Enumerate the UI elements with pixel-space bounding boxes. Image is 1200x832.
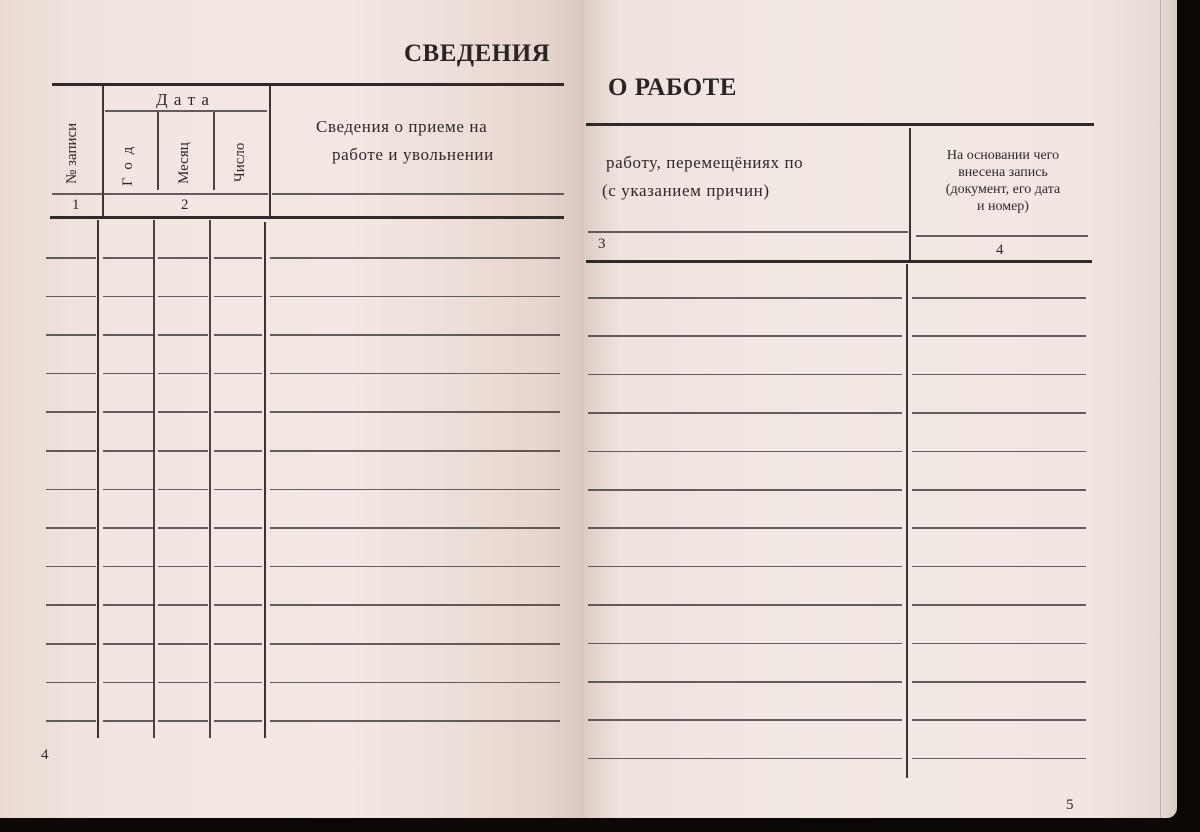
table-row-rule bbox=[912, 604, 1086, 606]
table-row-rule bbox=[214, 527, 262, 529]
basis-header-line2: внесена запись bbox=[914, 164, 1092, 181]
table-row-rule bbox=[158, 643, 208, 645]
table-row-rule bbox=[912, 527, 1086, 529]
info-header-line3: работу, перемещёниях по bbox=[606, 153, 803, 173]
table-row-rule bbox=[588, 335, 902, 337]
table-row-rule bbox=[158, 411, 208, 413]
table-row-rule bbox=[103, 411, 153, 413]
header-top-rule bbox=[52, 83, 564, 86]
table-row-rule bbox=[912, 489, 1086, 491]
table-row-rule bbox=[158, 527, 208, 529]
table-row-rule bbox=[103, 334, 153, 336]
column-number-4: 4 bbox=[996, 242, 1004, 259]
table-row-rule bbox=[158, 682, 208, 684]
date-header-rule bbox=[105, 110, 267, 112]
table-row-rule bbox=[912, 412, 1086, 414]
table-row-rule bbox=[46, 373, 96, 375]
table-row-rule bbox=[214, 411, 262, 413]
right-page-title: О РАБОТЕ bbox=[608, 74, 737, 102]
year-header: Г о д bbox=[120, 145, 137, 186]
right-col-divider bbox=[909, 128, 911, 260]
table-row-rule bbox=[588, 681, 902, 683]
table-row-rule bbox=[912, 643, 1086, 645]
table-row-rule bbox=[912, 566, 1086, 568]
table-row-rule bbox=[912, 719, 1086, 721]
column-number-3: 3 bbox=[598, 236, 606, 253]
table-row-rule bbox=[103, 373, 153, 375]
table-row-rule bbox=[270, 373, 560, 375]
table-row-rule bbox=[214, 450, 262, 452]
table-row-rule bbox=[103, 450, 153, 452]
table-row-rule bbox=[103, 720, 153, 722]
table-row-rule bbox=[912, 297, 1086, 299]
table-row-rule bbox=[270, 257, 560, 259]
table-row-rule bbox=[588, 643, 902, 645]
table-row-rule bbox=[214, 296, 262, 298]
column-number-1: 1 bbox=[72, 197, 80, 214]
page-number-right: 5 bbox=[1066, 797, 1074, 814]
colnum-rule-info bbox=[272, 193, 564, 195]
table-row-rule bbox=[588, 758, 902, 760]
info-header-line1: Сведения о приеме на bbox=[316, 117, 487, 137]
right-colnum-rule-info bbox=[588, 231, 908, 233]
day-header: Число bbox=[232, 143, 249, 182]
table-row-rule bbox=[588, 412, 902, 414]
table-row-rule bbox=[588, 604, 902, 606]
table-row-rule bbox=[158, 373, 208, 375]
colnum-rule-left bbox=[52, 193, 268, 195]
basis-header-line1: На основании чего bbox=[914, 147, 1092, 164]
body-col-divider-1 bbox=[97, 220, 99, 738]
table-row-rule bbox=[912, 451, 1086, 453]
table-row-rule bbox=[46, 334, 96, 336]
table-row-rule bbox=[270, 411, 560, 413]
table-row-rule bbox=[270, 720, 560, 722]
date-subdivider-1 bbox=[157, 112, 159, 190]
table-row-rule bbox=[103, 643, 153, 645]
table-row-rule bbox=[270, 450, 560, 452]
column-number-2: 2 bbox=[181, 197, 189, 214]
table-row-rule bbox=[158, 296, 208, 298]
table-row-rule bbox=[46, 257, 96, 259]
table-row-rule bbox=[588, 719, 902, 721]
right-colnum-rule-basis bbox=[916, 235, 1088, 237]
table-row-rule bbox=[103, 566, 153, 568]
page-edge bbox=[1160, 0, 1177, 818]
table-row-rule bbox=[588, 297, 902, 299]
month-header: Месяц bbox=[176, 142, 193, 184]
date-subdivider-2 bbox=[213, 112, 215, 190]
table-row-rule bbox=[158, 720, 208, 722]
table-row-rule bbox=[158, 489, 208, 491]
table-row-rule bbox=[214, 682, 262, 684]
page-number-left: 4 bbox=[41, 747, 49, 764]
table-row-rule bbox=[214, 373, 262, 375]
table-row-rule bbox=[158, 334, 208, 336]
table-row-rule bbox=[214, 334, 262, 336]
table-row-rule bbox=[46, 720, 96, 722]
table-row-rule bbox=[103, 296, 153, 298]
table-row-rule bbox=[103, 527, 153, 529]
table-row-rule bbox=[46, 296, 96, 298]
table-row-rule bbox=[270, 643, 560, 645]
table-row-rule bbox=[158, 257, 208, 259]
right-header-bottom-rule bbox=[586, 260, 1092, 263]
info-header-line2: работе и увольнении bbox=[332, 145, 494, 165]
table-row-rule bbox=[912, 681, 1086, 683]
table-row-rule bbox=[158, 604, 208, 606]
basis-header-line3: (документ, его дата bbox=[914, 181, 1092, 198]
left-page-title: СВЕДЕНИЯ bbox=[404, 40, 550, 68]
table-row-rule bbox=[912, 758, 1086, 760]
table-row-rule bbox=[214, 257, 262, 259]
record-no-header: № записи bbox=[64, 123, 81, 184]
table-row-rule bbox=[270, 682, 560, 684]
date-header: Д а т а bbox=[156, 90, 210, 110]
table-row-rule bbox=[270, 604, 560, 606]
table-row-rule bbox=[912, 374, 1086, 376]
table-row-rule bbox=[214, 720, 262, 722]
info-header-line4: (с указанием причин) bbox=[602, 181, 770, 201]
table-row-rule bbox=[588, 451, 902, 453]
table-row-rule bbox=[46, 527, 96, 529]
body-col-divider-2 bbox=[153, 220, 155, 738]
table-row-rule bbox=[46, 604, 96, 606]
table-row-rule bbox=[270, 566, 560, 568]
table-row-rule bbox=[588, 566, 902, 568]
table-row-rule bbox=[214, 489, 262, 491]
body-col-divider-4 bbox=[264, 222, 266, 738]
table-row-rule bbox=[588, 527, 902, 529]
basis-header-line4: и номер) bbox=[914, 198, 1092, 215]
table-row-rule bbox=[46, 489, 96, 491]
table-row-rule bbox=[214, 643, 262, 645]
table-row-rule bbox=[214, 566, 262, 568]
table-row-rule bbox=[588, 374, 902, 376]
right-body-col-divider bbox=[906, 264, 908, 778]
table-row-rule bbox=[46, 450, 96, 452]
table-row-rule bbox=[46, 682, 96, 684]
table-row-rule bbox=[103, 489, 153, 491]
header-bottom-rule bbox=[50, 216, 564, 219]
table-row-rule bbox=[214, 604, 262, 606]
table-row-rule bbox=[158, 450, 208, 452]
table-row-rule bbox=[270, 296, 560, 298]
table-row-rule bbox=[103, 604, 153, 606]
table-row-rule bbox=[46, 643, 96, 645]
col-divider-2 bbox=[269, 86, 271, 216]
table-row-rule bbox=[103, 682, 153, 684]
right-header-top-rule bbox=[586, 123, 1094, 126]
table-row-rule bbox=[158, 566, 208, 568]
table-row-rule bbox=[270, 489, 560, 491]
table-row-rule bbox=[103, 257, 153, 259]
col-divider-1 bbox=[102, 86, 104, 216]
table-row-rule bbox=[588, 489, 902, 491]
table-row-rule bbox=[270, 527, 560, 529]
table-row-rule bbox=[912, 335, 1086, 337]
body-col-divider-3 bbox=[209, 220, 211, 738]
right-page: О РАБОТЕ работу, перемещёниях по (с указ… bbox=[584, 0, 1176, 818]
table-row-rule bbox=[46, 411, 96, 413]
basis-header: На основании чего внесена запись (докуме… bbox=[914, 147, 1092, 215]
table-row-rule bbox=[46, 566, 96, 568]
table-row-rule bbox=[270, 334, 560, 336]
left-page: СВЕДЕНИЯ Д а т а № записи Г о д Месяц Чи… bbox=[0, 0, 584, 818]
